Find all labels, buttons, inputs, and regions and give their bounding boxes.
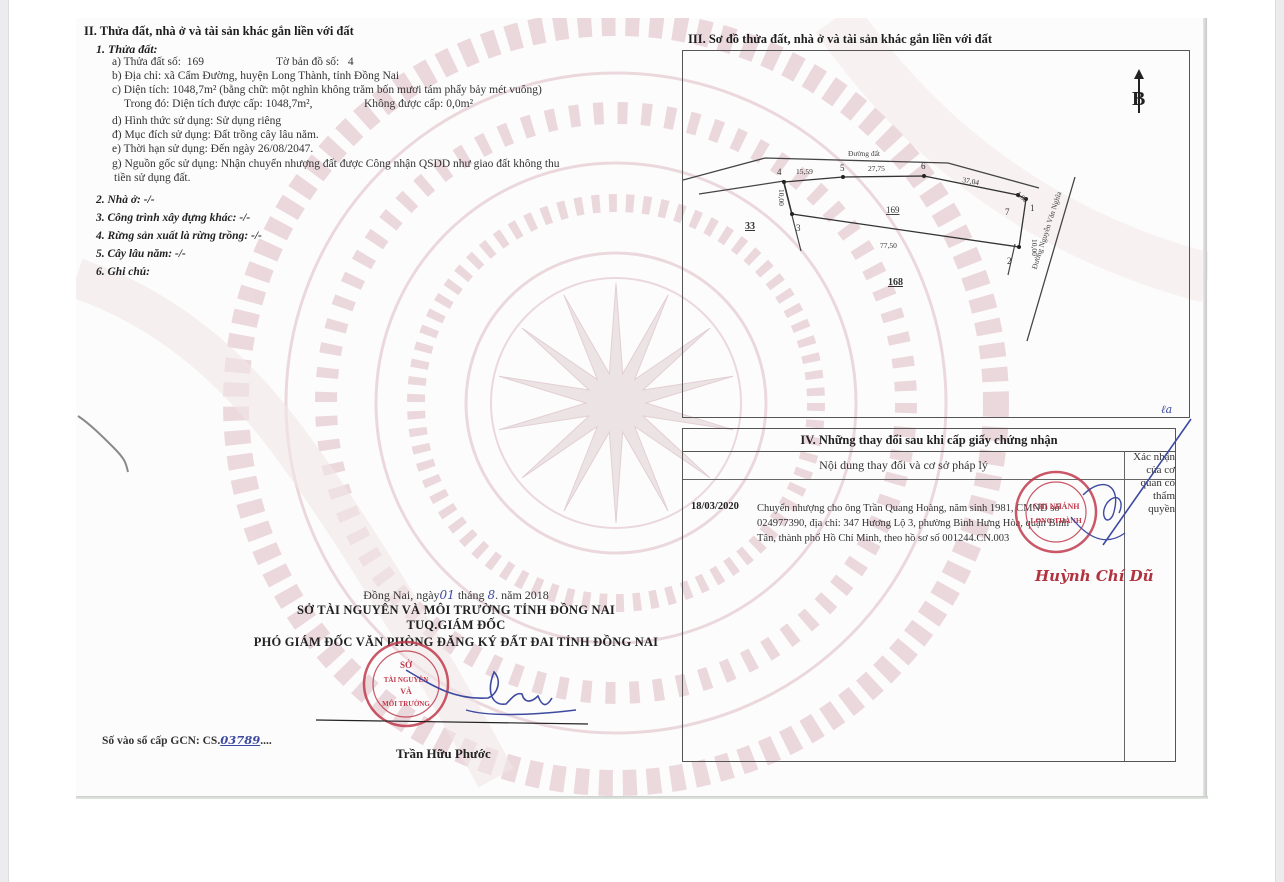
- svg-text:1,66: 1,66: [1015, 190, 1030, 205]
- usage-term: e) Thời hạn sử dụng: Đến ngày 26/08/2047…: [112, 143, 313, 156]
- change-entry-date: 18/03/2020: [691, 501, 739, 512]
- svg-text:10,00: 10,00: [1030, 239, 1039, 256]
- changes-table: IV. Những thay đổi sau khi cấp giấy chứn…: [682, 428, 1176, 762]
- signature-block: Đồng Nai, ngày01 tháng 8. năm 2018 SỞ TÀ…: [246, 588, 666, 633]
- svg-text:15,59: 15,59: [796, 167, 813, 176]
- svg-text:7: 7: [1005, 207, 1010, 217]
- address: b) Địa chỉ: xã Cẩm Đường, huyện Long Thà…: [112, 70, 399, 83]
- authorization: TUQ.GIÁM ĐỐC: [246, 618, 666, 633]
- svg-text:169: 169: [886, 205, 900, 215]
- section-2-title: II. Thửa đất, nhà ở và tài sản khác gắn …: [84, 24, 354, 39]
- item-forest: 4. Rừng sản xuất là rừng trồng: -/-: [96, 230, 262, 242]
- section-3-title: III. Sơ đồ thửa đất, nhà ở và tài sản kh…: [688, 32, 992, 47]
- svg-text:6: 6: [921, 161, 926, 171]
- north-arrow-icon: B: [1132, 69, 1145, 113]
- parcel-diagram: B Đường đất Đường Nguyễn Văn Nghĩa 4 5 6: [682, 50, 1190, 418]
- svg-text:10,00: 10,00: [777, 189, 786, 206]
- pen-mark: [76, 408, 136, 478]
- confirmation-signature: [1063, 415, 1203, 565]
- svg-text:77,50: 77,50: [880, 241, 897, 250]
- certificate-register-number: Số vào sổ cấp GCN: CS.03789....: [102, 734, 272, 748]
- item-notes: 6. Ghi chú:: [96, 266, 150, 278]
- viewer-scrollbar[interactable]: [1275, 0, 1284, 882]
- svg-text:5: 5: [840, 163, 845, 173]
- certificate-page: II. Thửa đất, nhà ở và tài sản khác gắn …: [76, 18, 1208, 798]
- map-sheet-number: Tờ bản đồ số: 4: [276, 56, 354, 69]
- signer-name: Trần Hữu Phước: [396, 746, 491, 762]
- signer-title: PHÓ GIÁM ĐỐC VĂN PHÒNG ĐĂNG KÝ ĐẤT ĐAI T…: [244, 635, 668, 650]
- svg-text:Đường đất: Đường đất: [848, 149, 881, 158]
- item-perennial: 5. Cây lâu năm: -/-: [96, 248, 186, 260]
- svg-text:2: 2: [1007, 256, 1012, 266]
- area-not-granted: Không được cấp: 0,0m²: [364, 98, 473, 111]
- paper-fold-line: [76, 796, 1208, 799]
- parcel-number: a) Thửa đất số: 169: [112, 56, 204, 69]
- parcel-sketch: B Đường đất Đường Nguyễn Văn Nghĩa 4 5 6: [683, 51, 1189, 417]
- usage-origin: g) Nguồn gốc sử dụng: Nhận chuyển nhượng…: [112, 158, 560, 171]
- svg-text:37,04: 37,04: [962, 175, 981, 187]
- area-granted: Trong đó: Diện tích được cấp: 1048,7m²,: [124, 98, 312, 111]
- usage-purpose: đ) Mục đích sử dụng: Đất trồng cây lâu n…: [112, 129, 319, 142]
- usage-form: d) Hình thức sử dụng: Sử dụng riêng: [112, 115, 281, 128]
- svg-text:Đường Nguyễn Văn Nghĩa: Đường Nguyễn Văn Nghĩa: [1030, 190, 1064, 270]
- svg-text:B: B: [1132, 88, 1145, 110]
- issuing-department: SỞ TÀI NGUYÊN VÀ MÔI TRƯỜNG TỈNH ĐỒNG NA…: [246, 603, 666, 618]
- viewer-left-edge: [0, 0, 9, 882]
- issue-date: Đồng Nai, ngày01 tháng 8. năm 2018: [246, 588, 666, 603]
- item-house: 2. Nhà ở: -/-: [96, 194, 155, 206]
- svg-text:3: 3: [796, 223, 801, 233]
- svg-text:4: 4: [777, 167, 782, 177]
- usage-origin-cont: tiền sử dụng đất.: [114, 172, 191, 185]
- paper-edge: [1203, 18, 1207, 798]
- item-other-construction: 3. Công trình xây dựng khác: -/-: [96, 212, 250, 224]
- svg-text:33: 33: [745, 221, 755, 232]
- svg-text:1: 1: [1030, 203, 1035, 213]
- confirmation-signer: Huỳnh Chí Dũ: [1035, 567, 1154, 585]
- svg-text:27,75: 27,75: [868, 164, 885, 173]
- area: c) Diện tích: 1048,7m² (bằng chữ: một ng…: [112, 84, 542, 97]
- svg-text:168: 168: [888, 277, 903, 288]
- signature-scribble: [316, 658, 596, 728]
- land-heading: 1. Thửa đất:: [96, 42, 158, 57]
